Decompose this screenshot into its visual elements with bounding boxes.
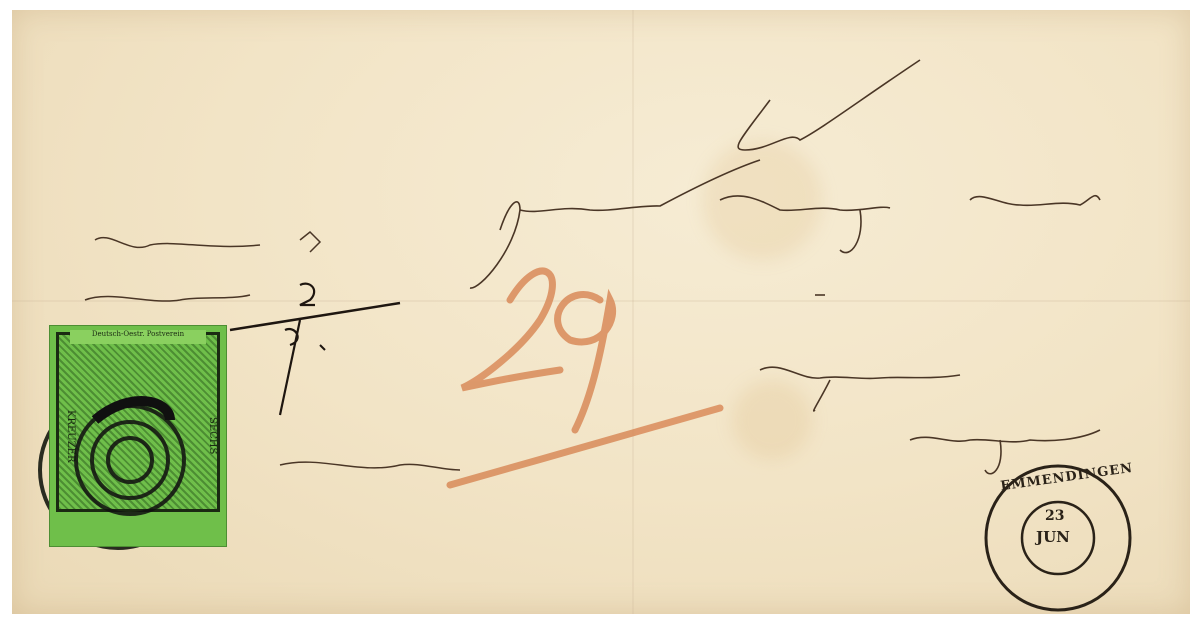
postmark-day: 23 — [1045, 508, 1064, 524]
postmark-month: JUN — [1036, 528, 1070, 546]
cancel-overlay — [0, 0, 1200, 626]
